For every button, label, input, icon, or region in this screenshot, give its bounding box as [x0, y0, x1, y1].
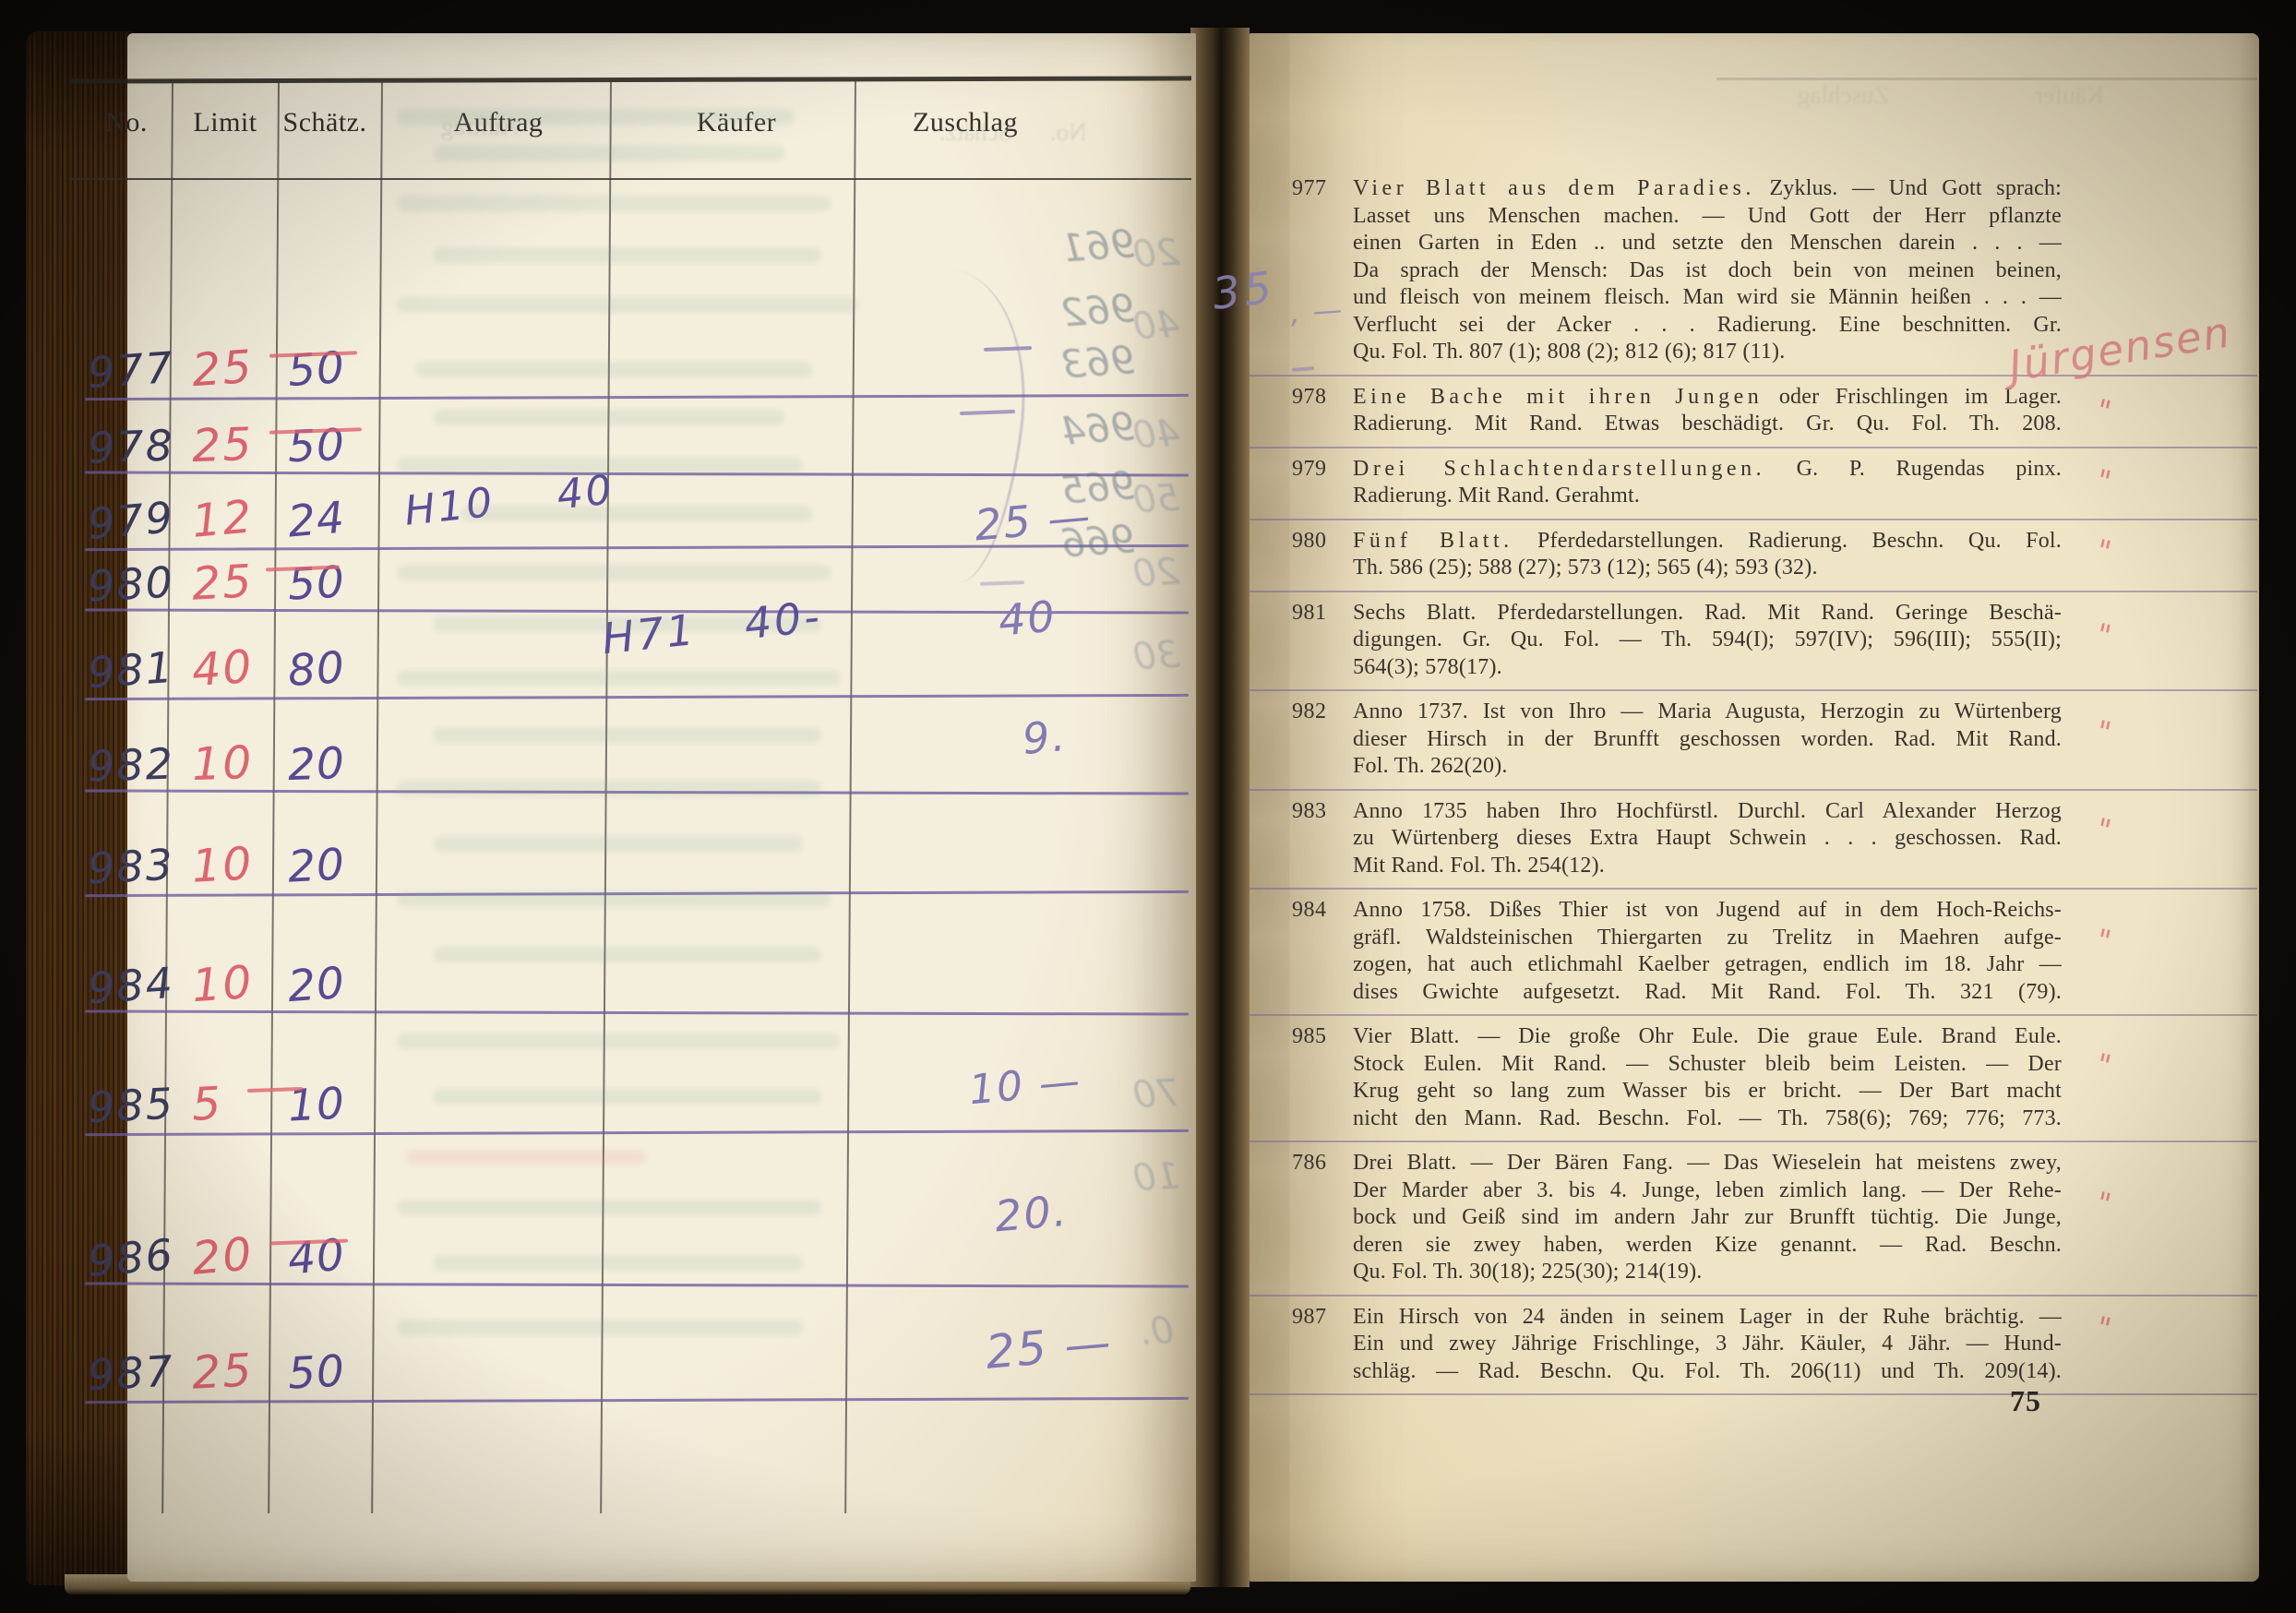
pencil-margin-note: 35 [1210, 262, 1278, 320]
estimate-value: 24 [286, 496, 347, 544]
estimate-value: 20 [287, 742, 345, 787]
bleedthrough-smudge [461, 506, 812, 521]
limit-value: 25 [190, 344, 255, 394]
entry-number: 984 [1292, 898, 1327, 923]
ghost-header-zuschlag-right: Zuschlag [1798, 81, 1889, 110]
bleedthrough-smudge-red [406, 1150, 646, 1165]
bleedthrough-smudge [434, 247, 821, 263]
entry-line: einen Garten in Eden .. und setzte den M… [1353, 230, 2062, 257]
entry-number: 987 [1292, 1305, 1327, 1330]
entry-number: 977 [1292, 176, 1327, 201]
entry-line: Ein Hirsch von 24 änden in seinem Lager … [1353, 1304, 2062, 1332]
bleedthrough-smudge [415, 362, 812, 377]
entry-line: zogen, hat auch etlichmahl Kaelber getra… [1353, 951, 2062, 979]
entry-line: zu Würtenberg dieses Extra Haupt Schwein… [1353, 825, 2062, 853]
entry-number: 786 [1292, 1151, 1327, 1176]
entry-line: Ein und zwey Jährige Frischlinge, 3 Jähr… [1353, 1331, 2062, 1358]
entry-line: Drei Schlachtendarstellungen. G. P. Ruge… [1353, 456, 2062, 484]
entry-lead-text: Fünf Blatt. [1353, 529, 1513, 553]
entry-line: Radierung. Mit Rand. Gerahmt. [1353, 483, 2062, 510]
estimate-value: 20 [286, 962, 346, 1009]
ghost-header-kaeufer-right: Käufer [2035, 81, 2104, 110]
entry-line: Qu. Fol. Th. 807 (1); 808 (2); 812 (6); … [1353, 339, 2062, 366]
zuschlag-value: 20. [993, 1189, 1070, 1238]
limit-value: 10 [191, 841, 255, 889]
bleedthrough-smudge [434, 836, 803, 852]
ghost-header-no: No. [1050, 118, 1087, 147]
entry-line: nicht den Mann. Rad. Beschn. Fol. — Th. … [1353, 1105, 2062, 1133]
bleedthrough-digit: 0. [1123, 1308, 1190, 1355]
bleedthrough-smudge [397, 1200, 821, 1215]
lot-number: 979 [86, 496, 175, 545]
entry-line: Anno 1758. Dißes Thier ist von Jugend au… [1353, 897, 2062, 925]
lot-number: 983 [87, 843, 175, 890]
entry-line: Eine Bache mit ihren Jungen oder Frischl… [1353, 384, 2062, 412]
entry-line: Vier Blatt aus dem Paradies. Zyklus. — U… [1353, 175, 2062, 203]
entry-lead-text: Eine Bache mit ihren Jungen [1353, 385, 1763, 409]
entry-number: 982 [1292, 699, 1327, 724]
lot-number: 977 [87, 346, 176, 394]
column-header-limit: Limit [193, 107, 257, 138]
bleedthrough-digit: 10 [1123, 1154, 1190, 1201]
bleedthrough-smudge [434, 727, 821, 743]
bleedthrough-smudge [434, 1089, 821, 1105]
bleedthrough-digit: 70 [1123, 1071, 1190, 1117]
scanned-auction-catalog-spread: No. Limit Schätz. Auftrag Käufer Zuschla… [0, 0, 2296, 1613]
entry-line: Radierung. Mit Rand. Etwas beschädigt. G… [1353, 411, 2062, 438]
entry-line: Da sprach der Mensch: Das ist doch bein … [1353, 257, 2062, 285]
bleedthrough-digit: 20 [1123, 231, 1190, 277]
entry-number: 983 [1292, 799, 1327, 824]
lot-number: 985 [87, 1082, 175, 1129]
entry-number: 985 [1292, 1024, 1327, 1049]
lot-number: 982 [87, 742, 174, 787]
entry-number: 981 [1292, 601, 1327, 626]
estimate-value: 50 [287, 1349, 346, 1395]
entry-number: 979 [1292, 457, 1327, 482]
entry-line: Verflucht sei der Acker . . . Radierung.… [1353, 312, 2062, 340]
bleedthrough-smudge [397, 297, 858, 313]
entry-line: und fleisch von meinem fleisch. Man wird… [1353, 284, 2062, 312]
limit-value: 25 [191, 1347, 255, 1395]
estimate-value: 20 [287, 842, 346, 889]
entry-line: deren sie zwey haben, werden Kize genann… [1353, 1232, 2062, 1260]
entry-line: Krug geht so lang zum Wasser bis er bric… [1353, 1078, 2062, 1105]
zuschlag-value: 10 — [967, 1061, 1082, 1111]
entry-lead-text: Drei Schlachtendarstellungen. [1353, 457, 1765, 481]
zuschlag-value: 9. [1021, 714, 1069, 760]
bleedthrough-smudge [434, 1255, 803, 1271]
entry-lead-text: Vier Blatt aus dem Paradies. [1353, 176, 1755, 200]
limit-value: 5 [191, 1081, 224, 1128]
limit-value: 25 [191, 422, 254, 469]
book-gutter [1190, 28, 1250, 1587]
bleedthrough-digit: 40 [1123, 303, 1190, 349]
limit-value: 25 [191, 558, 255, 606]
entry-line: dises Gwichte aufgesetzt. Rad. Mit Rand.… [1353, 979, 2062, 1007]
zuschlag-value: 40 [997, 594, 1058, 641]
lot-number: 981 [87, 646, 176, 694]
bleedthrough-smudge [434, 947, 821, 962]
bleedthrough-smudge [397, 1034, 840, 1049]
ghost-header-auftrag: Auftrag [441, 113, 519, 141]
column-header-no: No. [105, 107, 148, 138]
ghost-top-rule [1716, 78, 2257, 80]
ghost-header-schaetz: Schätz. [939, 118, 1012, 147]
bleedthrough-smudge [434, 410, 784, 425]
lot-number: 978 [87, 424, 174, 469]
lot-number: 984 [87, 962, 176, 1010]
bleedthrough-smudge [397, 1320, 803, 1335]
entry-line: Drei Blatt. — Der Bären Fang. — Das Wies… [1353, 1150, 2062, 1177]
entry-line: Der Marder aber 3. bis 4. Junge, leben z… [1353, 1177, 2062, 1205]
entry-line: Anno 1735 haben Ihro Hochfürstl. Durchl.… [1353, 798, 2062, 826]
entry-line: Qu. Fol. Th. 30(18); 225(30); 214(19). [1353, 1259, 2062, 1286]
lot-number: 987 [87, 1350, 175, 1397]
column-header-schaetz: Schätz. [283, 107, 367, 138]
entry-line: Mit Rand. Fol. Th. 254(12). [1353, 853, 2062, 880]
entry-line: 564(3); 578(17). [1353, 654, 2062, 682]
limit-value: 40 [190, 644, 255, 694]
table-header-rule [69, 178, 1191, 180]
entry-line: Lasset uns Menschen machen. — Und Gott d… [1353, 203, 2062, 231]
bleedthrough-smudge [397, 458, 803, 473]
bleedthrough-smudge [397, 565, 831, 580]
bleedthrough-smudge [397, 196, 831, 211]
entry-line: schläg. — Rad. Beschn. Qu. Fol. Th. 206(… [1353, 1358, 2062, 1386]
entry-line: Anno 1737. Ist von Ihro — Maria Augusta,… [1353, 699, 2062, 726]
lot-number: 986 [86, 1233, 175, 1283]
bleedthrough-smudge [434, 616, 821, 632]
entry-line: Vier Blatt. — Die große Ohr Eule. Die gr… [1353, 1023, 2062, 1051]
entry-line: Stock Eulen. Mit Rand. — Schuster bleib … [1353, 1051, 2062, 1079]
entry-line: gräfl. Waldsteinischen Thiergarten zu Tr… [1353, 925, 2062, 952]
bleedthrough-smudge [397, 670, 840, 686]
bleedthrough-digit: 50 [1123, 476, 1190, 522]
entry-line: digungen. Gr. Qu. Fol. — Th. 594(I); 597… [1353, 627, 2062, 654]
lot-number: 980 [87, 561, 175, 608]
limit-value: 10 [191, 740, 254, 787]
entry-line: Fol. Th. 262(20). [1353, 753, 2062, 781]
entry-number: 980 [1292, 529, 1327, 554]
bleedthrough-smudge [397, 781, 821, 796]
bleedthrough-smudge [397, 891, 831, 907]
entry-number: 978 [1292, 385, 1327, 410]
entry-line: bock und Geiß sind im andern Jahr zur Br… [1353, 1204, 2062, 1232]
pencil-margin-note-dash: , — [1289, 292, 1345, 330]
bleedthrough-digit: 40 [1123, 412, 1190, 458]
bleedthrough-digit: 20 [1123, 550, 1190, 596]
limit-value: 12 [190, 494, 255, 544]
entry-line: Th. 586 (25); 588 (27); 573 (12); 565 (4… [1353, 555, 2062, 582]
limit-value: 10 [190, 960, 255, 1010]
entry-line: dieser Hirsch in der Brunfft geschossen … [1353, 726, 2062, 754]
estimate-value: 80 [286, 646, 346, 693]
page-number: 75 [2010, 1384, 2041, 1418]
limit-value: 20 [190, 1231, 255, 1282]
entry-line: Sechs Blatt. Pferdedarstellungen. Rad. M… [1353, 600, 2062, 627]
bleedthrough-digit: 30 [1123, 633, 1190, 679]
entry-line: Fünf Blatt. Pferdedarstellungen. Radieru… [1353, 528, 2062, 556]
bleedthrough-smudge [434, 146, 784, 161]
zuschlag-value: 25 — [984, 1319, 1114, 1376]
